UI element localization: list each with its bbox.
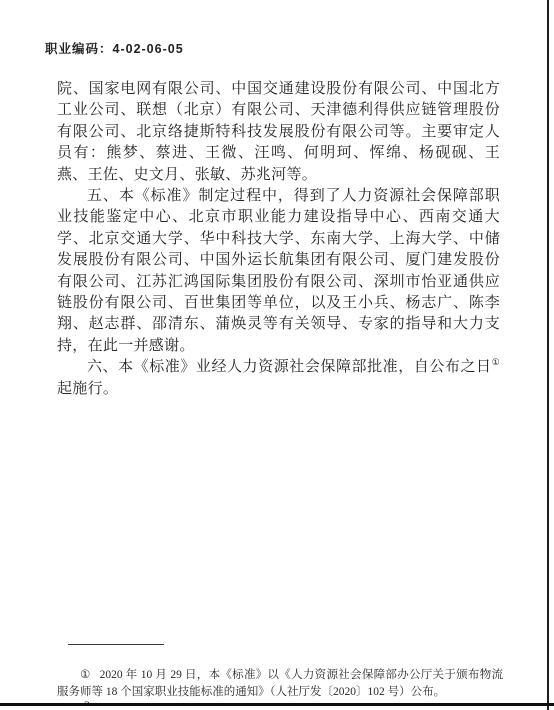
footnote-ref-marker: ① <box>492 357 500 367</box>
footnote-separator-rule <box>68 644 164 645</box>
job-code-label: 职业编码：4-02-06-05 <box>45 39 184 57</box>
paragraph-five: 五、本《标准》制定过程中，得到了人力资源社会保障部职业技能鉴定中心、北京市职业能… <box>57 186 500 357</box>
scan-edge-right-line <box>547 0 549 710</box>
paragraph-continuation: 院、国家电网有限公司、中国交通建设股份有限公司、中国北方工业公司、联想（北京）有… <box>57 79 500 186</box>
footnote-marker: ① <box>80 669 91 681</box>
paragraph-six: 六、本《标准》业经人力资源社会保障部批准，自公布之日①起施行。 <box>57 357 500 400</box>
scan-edge-bottom-line <box>0 703 554 706</box>
footnote-text: 2020 年 10 月 29 日，本《标准》以《人力资源社会保障部办公厅关于颁布… <box>57 669 503 699</box>
scanned-page: 职业编码：4-02-06-05 院、国家电网有限公司、中国交通建设股份有限公司、… <box>0 0 554 710</box>
paragraph-six-tail: 起施行。 <box>57 381 118 397</box>
body-text: 院、国家电网有限公司、中国交通建设股份有限公司、中国北方工业公司、联想（北京）有… <box>57 79 500 400</box>
footnote: ①2020 年 10 月 29 日，本《标准》以《人力资源社会保障部办公厅关于颁… <box>57 667 503 702</box>
paragraph-six-text: 六、本《标准》业经人力资源社会保障部批准，自公布之日 <box>87 359 492 375</box>
